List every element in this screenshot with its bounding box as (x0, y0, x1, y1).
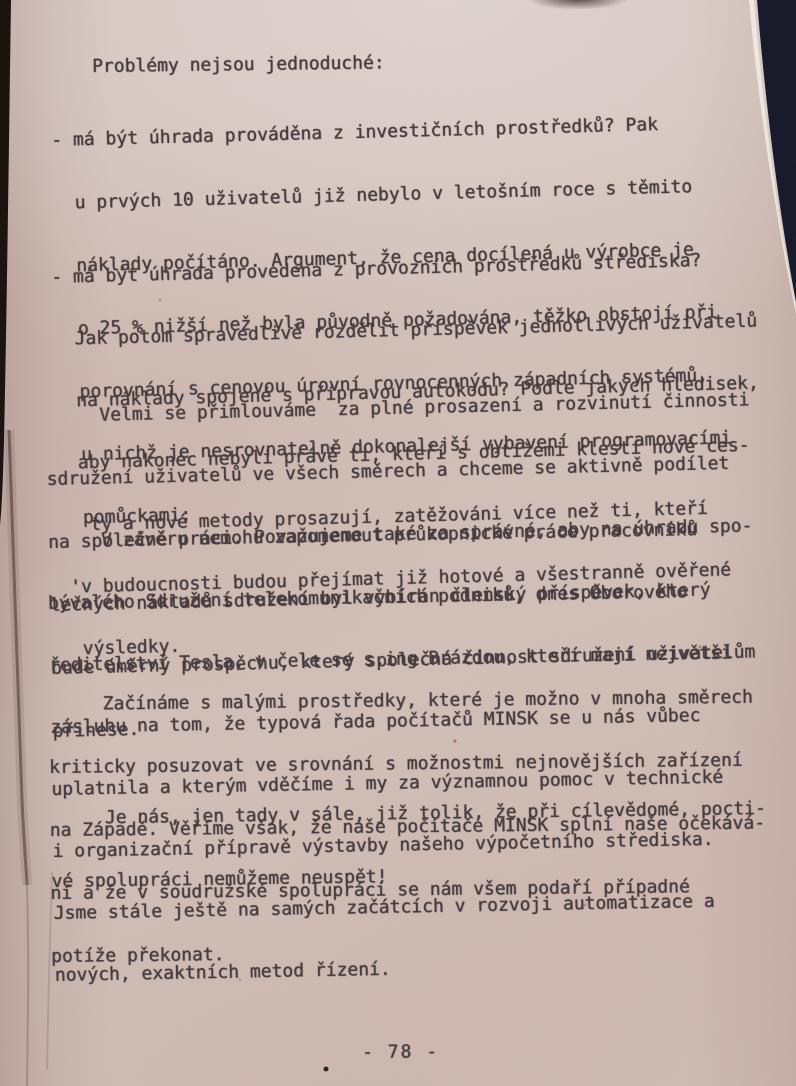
typewritten-line: vé spolupráci nemůžeme neuspět! (51, 861, 766, 892)
scanned-document-page: Problémy nejsou jednoduché: - má být úhr… (0, 0, 796, 1086)
ink-speck (324, 1067, 329, 1072)
typewritten-line: u prvých 10 uživatelů již nebylo v letoš… (53, 175, 725, 214)
typewritten-line: Velmi se přimlouváme za plné prosazení a… (45, 389, 750, 427)
typewritten-line: potíže překonat. (51, 938, 766, 966)
crease-line (9, 430, 27, 885)
binding-edge-left (0, 0, 11, 525)
typewritten-line: V závěru nemohu zapomenout průkopnické p… (47, 519, 730, 552)
typewritten-line: - má být úhrada provedena z provozních p… (51, 250, 756, 288)
crease-shadow (9, 430, 27, 885)
typewritten-line: Jak potom spravedlivě rozdělit příspěvek… (53, 312, 758, 350)
typewritten-line: Začínáme s malými prostředky, které je m… (48, 687, 763, 715)
top-edge-smudge (508, 0, 648, 14)
page-heading: Problémy nejsou jednoduché: (92, 52, 385, 77)
typewritten-line: - má být úhrada prováděna z investičních… (51, 112, 723, 151)
typewritten-line: Je nás, jen tady v sále, již tolik, že p… (51, 798, 766, 829)
typewritten-line: bývalého Sdružení telekomunikačních podn… (48, 581, 731, 614)
crease-line-lower (27, 885, 28, 1086)
paragraph-block: Je nás, jen tady v sále, již tolik, že p… (50, 756, 768, 934)
page-edge-shadow-right (754, 0, 796, 308)
edge-highlight (749, 0, 796, 314)
page-number: - 78 - (362, 1041, 439, 1063)
